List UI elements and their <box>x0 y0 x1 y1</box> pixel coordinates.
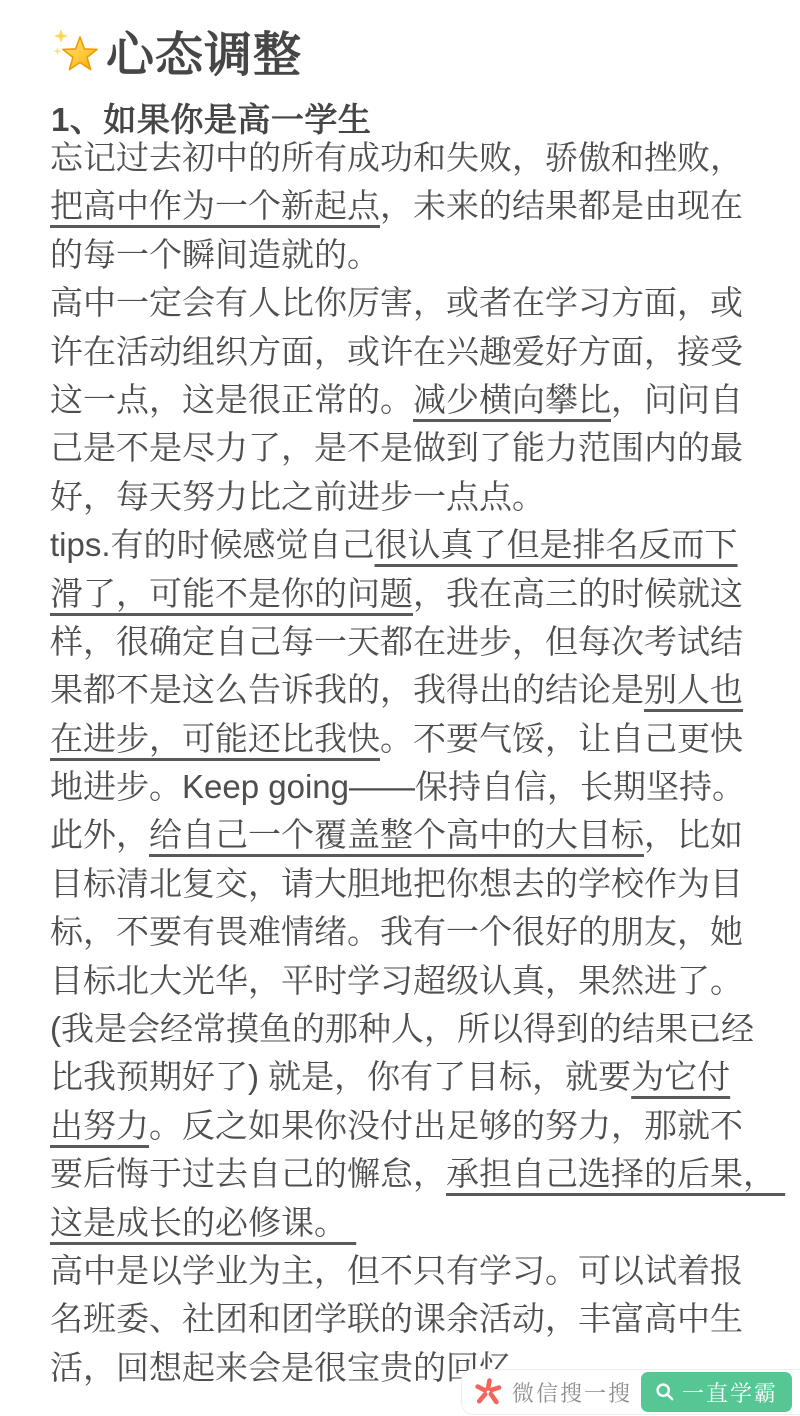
page-title-text: 心态调整 <box>106 16 302 85</box>
text-segment: 己是不是尽力了，是不是做到了能力范围内的最 <box>50 429 743 466</box>
text-line: (我是会经常摸鱼的那种人，所以得到的结果已经 <box>50 1005 785 1053</box>
text-segment: ，比如 <box>644 816 743 853</box>
text-line: 出努力。反之如果你没付出足够的努力，那就不 <box>50 1102 785 1150</box>
text-line: 标，不要有畏难情绪。我有一个很好的朋友，她 <box>50 908 785 956</box>
text-segment: 高中一定会有人比你厉害，或者在学习方面，或 <box>50 284 743 321</box>
page-title: 心态调整 <box>52 16 302 85</box>
text-segment: 样，很确定自己每一天都在进步，但每次考试结 <box>50 623 743 660</box>
text-line: 地进步。Keep going——保持自信，长期坚持。 <box>50 763 785 811</box>
underlined-text-segment: 给自己一个覆盖整个高中的大目标 <box>149 816 644 853</box>
text-segment: 这一点，这是很正常的。 <box>50 381 413 418</box>
text-segment: 好，每天努力比之前进步一点点。 <box>50 478 545 515</box>
text-segment: 标，不要有畏难情绪。我有一个很好的朋友，她 <box>50 913 743 950</box>
wechat-search-sparkle-icon <box>473 1377 503 1407</box>
text-line: 在进步，可能还比我快。不要气馁，让自己更快 <box>50 715 785 763</box>
watermark-card: 微信搜一搜 一直学霸 <box>461 1369 800 1415</box>
text-segment: 目标北大光华，平时学习超级认真，果然进了。 <box>50 962 743 999</box>
text-segment: ，我在高三的时候就这 <box>413 575 743 612</box>
text-line: 忘记过去初中的所有成功和失败，骄傲和挫败， <box>50 134 785 182</box>
text-segment: 忘记过去初中的所有成功和失败，骄傲和挫败， <box>50 139 743 176</box>
text-segment: 高中是以学业为主，但不只有学习。可以试着报 <box>50 1252 743 1289</box>
text-segment: 。不要气馁，让自己更快 <box>380 720 743 757</box>
text-segment: 地进步。Keep going——保持自信，长期坚持。 <box>50 768 745 805</box>
text-line: 把高中作为一个新起点，未来的结果都是由现在 <box>50 182 785 230</box>
text-line: 比我预期好了) 就是，你有了目标，就要为它付 <box>50 1053 785 1101</box>
text-line: 滑了，可能不是你的问题，我在高三的时候就这 <box>50 570 785 618</box>
watermark-brand-text: 微信搜一搜 <box>512 1377 632 1408</box>
text-line: 的每一个瞬间造就的。 <box>50 231 785 279</box>
glowing-star-icon <box>52 26 102 76</box>
underlined-text-segment: 滑了，可能不是你的问题 <box>50 575 413 612</box>
underlined-text-segment: 这是成长的必修课。 <box>50 1204 356 1241</box>
underlined-text-segment: 别人也 <box>644 671 743 708</box>
search-badge-text: 一直学霸 <box>682 1377 778 1408</box>
text-line: 好，每天努力比之前进步一点点。 <box>50 473 785 521</box>
text-line: 己是不是尽力了，是不是做到了能力范围内的最 <box>50 424 785 472</box>
text-line: 此外，给自己一个覆盖整个高中的大目标，比如 <box>50 811 785 859</box>
text-segment: 果都不是这么告诉我的，我得出的结论是 <box>50 671 644 708</box>
text-segment: 许在活动组织方面，或许在兴趣爱好方面，接受 <box>50 333 743 370</box>
text-line: 目标北大光华，平时学习超级认真，果然进了。 <box>50 957 785 1005</box>
text-segment: 要后悔于过去自己的懈怠， <box>50 1155 446 1192</box>
text-segment: ，问问自 <box>611 381 743 418</box>
underlined-text-segment: 为它付 <box>631 1058 730 1095</box>
text-line: 高中是以学业为主，但不只有学习。可以试着报 <box>50 1247 785 1295</box>
text-segment: 名班委、社团和团学联的课余活动，丰富高中生 <box>50 1300 743 1337</box>
underlined-text-segment: 把高中作为一个新起点 <box>50 187 380 224</box>
search-badge[interactable]: 一直学霸 <box>641 1372 792 1412</box>
article-page: { "page": { "title_icon": "glowing-star"… <box>0 0 800 1416</box>
underlined-text-segment: 出努力 <box>50 1107 149 1144</box>
text-segment: (我是会经常摸鱼的那种人，所以得到的结果已经 <box>50 1010 754 1047</box>
underlined-text-segment: 减少横向攀比 <box>413 381 611 418</box>
text-line: 高中一定会有人比你厉害，或者在学习方面，或 <box>50 279 785 327</box>
text-line: 名班委、社团和团学联的课余活动，丰富高中生 <box>50 1295 785 1343</box>
text-segment: 的每一个瞬间造就的。 <box>50 236 380 273</box>
underlined-text-segment: 承担自己选择的后果， <box>446 1155 785 1192</box>
text-line: 许在活动组织方面，或许在兴趣爱好方面，接受 <box>50 328 785 376</box>
text-line: 样，很确定自己每一天都在进步，但每次考试结 <box>50 618 785 666</box>
text-line: tips.有的时候感觉自己很认真了但是排名反而下 <box>50 521 785 569</box>
text-segment: 比我预期好了) 就是，你有了目标，就要 <box>50 1058 631 1095</box>
text-segment: 目标清北复交，请大胆地把你想去的学校作为目 <box>50 865 743 902</box>
text-line: 要后悔于过去自己的懈怠，承担自己选择的后果， <box>50 1150 785 1198</box>
text-line: 这一点，这是很正常的。减少横向攀比，问问自 <box>50 376 785 424</box>
magnifier-icon <box>655 1382 675 1402</box>
text-line: 果都不是这么告诉我的，我得出的结论是别人也 <box>50 666 785 714</box>
text-segment: 此外， <box>50 816 149 853</box>
text-segment: tips.有的时候感觉自己 <box>50 526 375 563</box>
underlined-text-segment: 很认真了但是排名反而下 <box>375 526 738 563</box>
text-line: 这是成长的必修课。 <box>50 1199 785 1247</box>
body-text: 忘记过去初中的所有成功和失败，骄傲和挫败，把高中作为一个新起点，未来的结果都是由… <box>50 134 785 1392</box>
text-segment: 。反之如果你没付出足够的努力，那就不 <box>149 1107 743 1144</box>
underlined-text-segment: 在进步，可能还比我快 <box>50 720 380 757</box>
text-segment: ，未来的结果都是由现在 <box>380 187 743 224</box>
text-line: 目标清北复交，请大胆地把你想去的学校作为目 <box>50 860 785 908</box>
